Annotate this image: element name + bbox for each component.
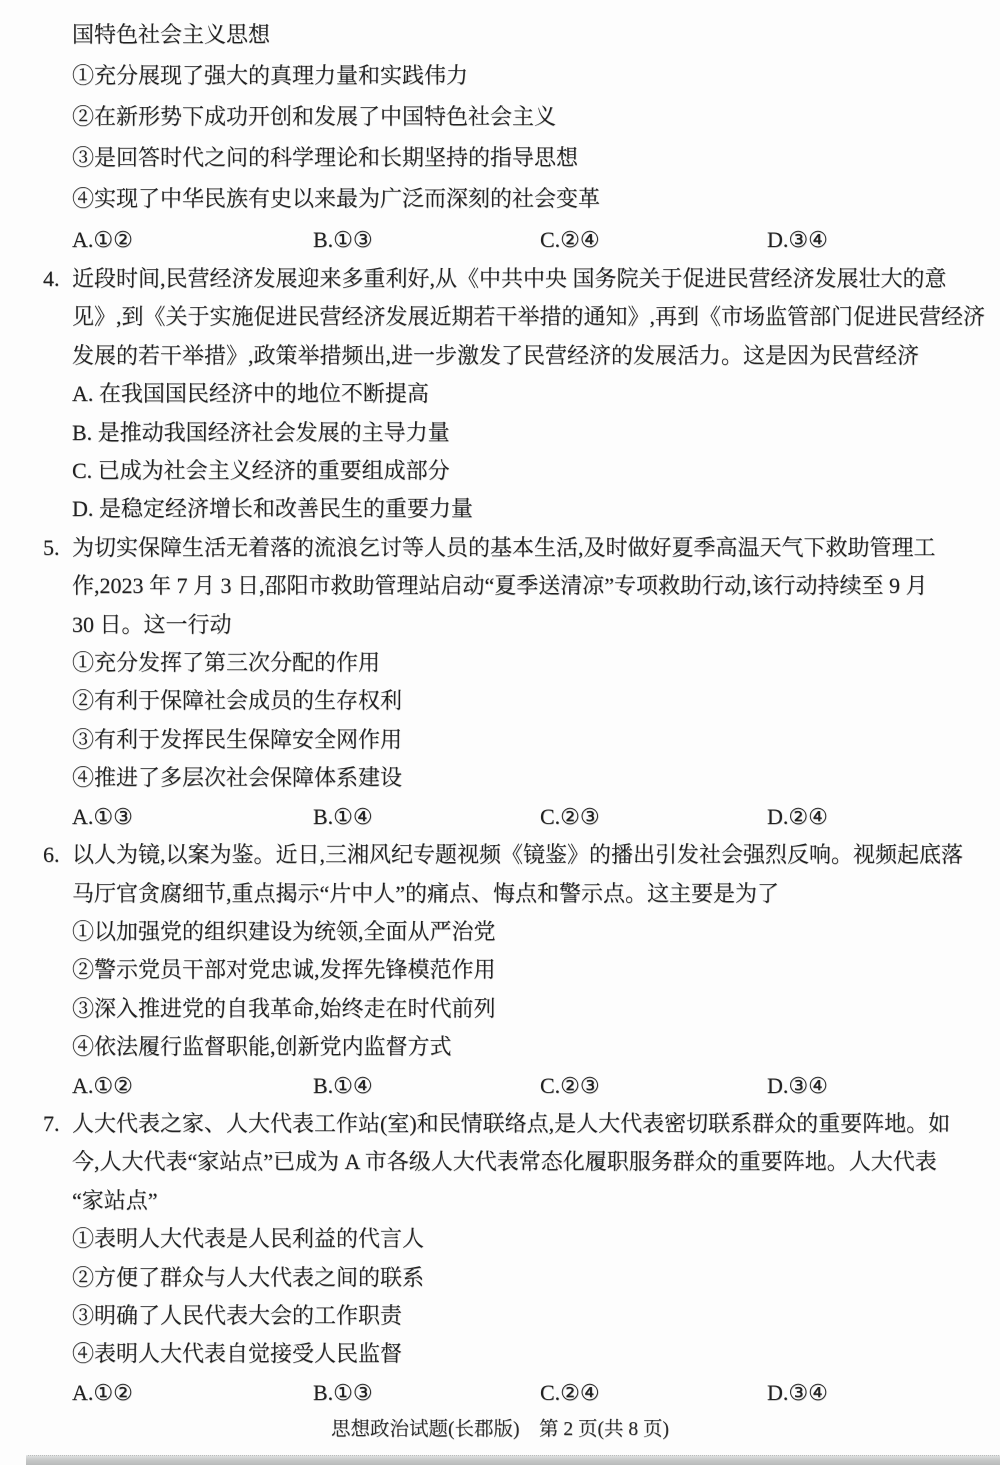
choice-a: A.①② [72,1067,313,1105]
scan-edge-artifact [26,1455,1000,1465]
choice-item: ③有利于发挥民生保障安全网作用 [72,721,994,759]
exam-page-document: 国特色社会主义思想 ①充分展现了强大的真理力量和实践伟力 ②在新形势下成功开创和… [0,0,1000,1465]
stem-line: 见》,到《关于实施促进民营经济发展近期若干举措的通知》,再到《市场监管部门促进民… [72,298,994,336]
choice-d: D.③④ [767,219,828,260]
choice-a: A.①③ [72,798,313,836]
stem-line: 马厅官贪腐细节,重点揭示“片中人”的痛点、悔点和警示点。这主要是为了 [72,875,994,913]
choice-item: ③明确了人民代表大会的工作职责 [72,1297,994,1335]
choice-d: D.③④ [767,1374,828,1412]
stem-line: 7.人大代表之家、人大代表工作站(室)和民情联络点,是人大代表密切联系群众的重要… [72,1105,994,1143]
question-number: 6. [43,836,60,874]
choice-d: D. 是稳定经济增长和改善民生的重要力量 [72,490,994,528]
choice-item: ④依法履行监督职能,创新党内监督方式 [72,1028,994,1066]
choice-item: ①以加强党的组织建设为统领,全面从严治党 [72,913,994,951]
choice-item: ②方便了群众与人大代表之间的联系 [72,1259,994,1297]
choice-b: B.①③ [313,219,540,260]
question-number: 4. [43,260,60,298]
choice-item: ①充分发挥了第三次分配的作用 [72,644,994,682]
choice-c: C.②③ [540,1067,767,1105]
stem-text: 为切实保障生活无着落的流浪乞讨等人员的基本生活,及时做好夏季高温天气下救助管理工 [72,535,936,560]
choice-item: ③是回答时代之问的科学理论和长期坚持的指导思想 [72,137,994,178]
stem-text: 以人为镜,以案为鉴。近日,三湘风纪专题视频《镜鉴》的播出引发社会强烈反响。视频起… [72,842,963,867]
question-4: 4.近段时间,民营经济发展迎来多重利好,从《中共中央 国务院关于促进民营经济发展… [72,260,994,529]
choice-d: D.②④ [767,798,828,836]
question-6: 6.以人为镜,以案为鉴。近日,三湘风纪专题视频《镜鉴》的播出引发社会强烈反响。视… [72,836,994,1105]
choice-a: A. 在我国国民经济中的地位不断提高 [72,375,994,413]
choice-item: ②在新形势下成功开创和发展了中国特色社会主义 [72,96,994,137]
stem-line: “家站点” [72,1182,994,1220]
choice-c: C.②③ [540,798,767,836]
choice-b: B.①④ [313,1067,540,1105]
answer-choices-row: A.①② B.①③ C.②④ D.③④ [72,1374,994,1412]
choice-c: C. 已成为社会主义经济的重要组成部分 [72,452,994,490]
question-number: 5. [43,529,60,567]
stem-text: 近段时间,民营经济发展迎来多重利好,从《中共中央 国务院关于促进民营经济发展壮大… [72,266,947,291]
stem-line: 4.近段时间,民营经济发展迎来多重利好,从《中共中央 国务院关于促进民营经济发展… [72,260,994,298]
choice-a: A.①② [72,1374,313,1412]
choice-item: ④实现了中华民族有史以来最为广泛而深刻的社会变革 [72,178,994,219]
stem-line: 今,人大代表“家站点”已成为 A 市各级人大代表常态化履职服务群众的重要阵地。人… [72,1143,994,1181]
choice-item: ②警示党员干部对党忠诚,发挥先锋模范作用 [72,951,994,989]
stem-line: 作,2023 年 7 月 3 日,邵阳市救助管理站启动“夏季送清凉”专项救助行动… [72,567,994,605]
choice-item: ④推进了多层次社会保障体系建设 [72,759,994,797]
answer-choices-row: A.①② B.①④ C.②③ D.③④ [72,1067,994,1105]
choice-c: C.②④ [540,1374,767,1412]
answer-choices-row: A.①③ B.①④ C.②③ D.②④ [72,798,994,836]
choice-item: ④表明人大代表自觉接受人民监督 [72,1335,994,1373]
stem-line: 发展的若干举措》,政策举措频出,进一步激发了民营经济的发展活力。这是因为民营经济 [72,337,994,375]
stem-line: 5.为切实保障生活无着落的流浪乞讨等人员的基本生活,及时做好夏季高温天气下救助管… [72,529,994,567]
answer-choices-row: A.①② B.①③ C.②④ D.③④ [72,219,994,260]
choice-a: A.①② [72,219,313,260]
question-number: 7. [43,1105,60,1143]
choice-item: ①充分展现了强大的真理力量和实践伟力 [72,55,994,96]
page-footer: 思想政治试题(长郡版) 第 2 页(共 8 页) [0,1416,1000,1444]
choice-c: C.②④ [540,219,767,260]
stem-line: 6.以人为镜,以案为鉴。近日,三湘风纪专题视频《镜鉴》的播出引发社会强烈反响。视… [72,836,994,874]
stem-line: 30 日。这一行动 [72,606,994,644]
stem-text: 人大代表之家、人大代表工作站(室)和民情联络点,是人大代表密切联系群众的重要阵地… [72,1111,950,1136]
choice-item: ②有利于保障社会成员的生存权利 [72,682,994,720]
question-5: 5.为切实保障生活无着落的流浪乞讨等人员的基本生活,及时做好夏季高温天气下救助管… [72,529,994,836]
choice-d: D.③④ [767,1067,828,1105]
choice-item: ①表明人大代表是人民利益的代言人 [72,1220,994,1258]
choice-item: ③深入推进党的自我革命,始终走在时代前列 [72,990,994,1028]
choice-b: B. 是推动我国经济社会发展的主导力量 [72,414,994,452]
stem-line: 国特色社会主义思想 [72,14,994,55]
question-7: 7.人大代表之家、人大代表工作站(室)和民情联络点,是人大代表密切联系群众的重要… [72,1105,994,1412]
choice-b: B.①③ [313,1374,540,1412]
choice-b: B.①④ [313,798,540,836]
question-3-continuation: 国特色社会主义思想 ①充分展现了强大的真理力量和实践伟力 ②在新形势下成功开创和… [72,14,994,260]
